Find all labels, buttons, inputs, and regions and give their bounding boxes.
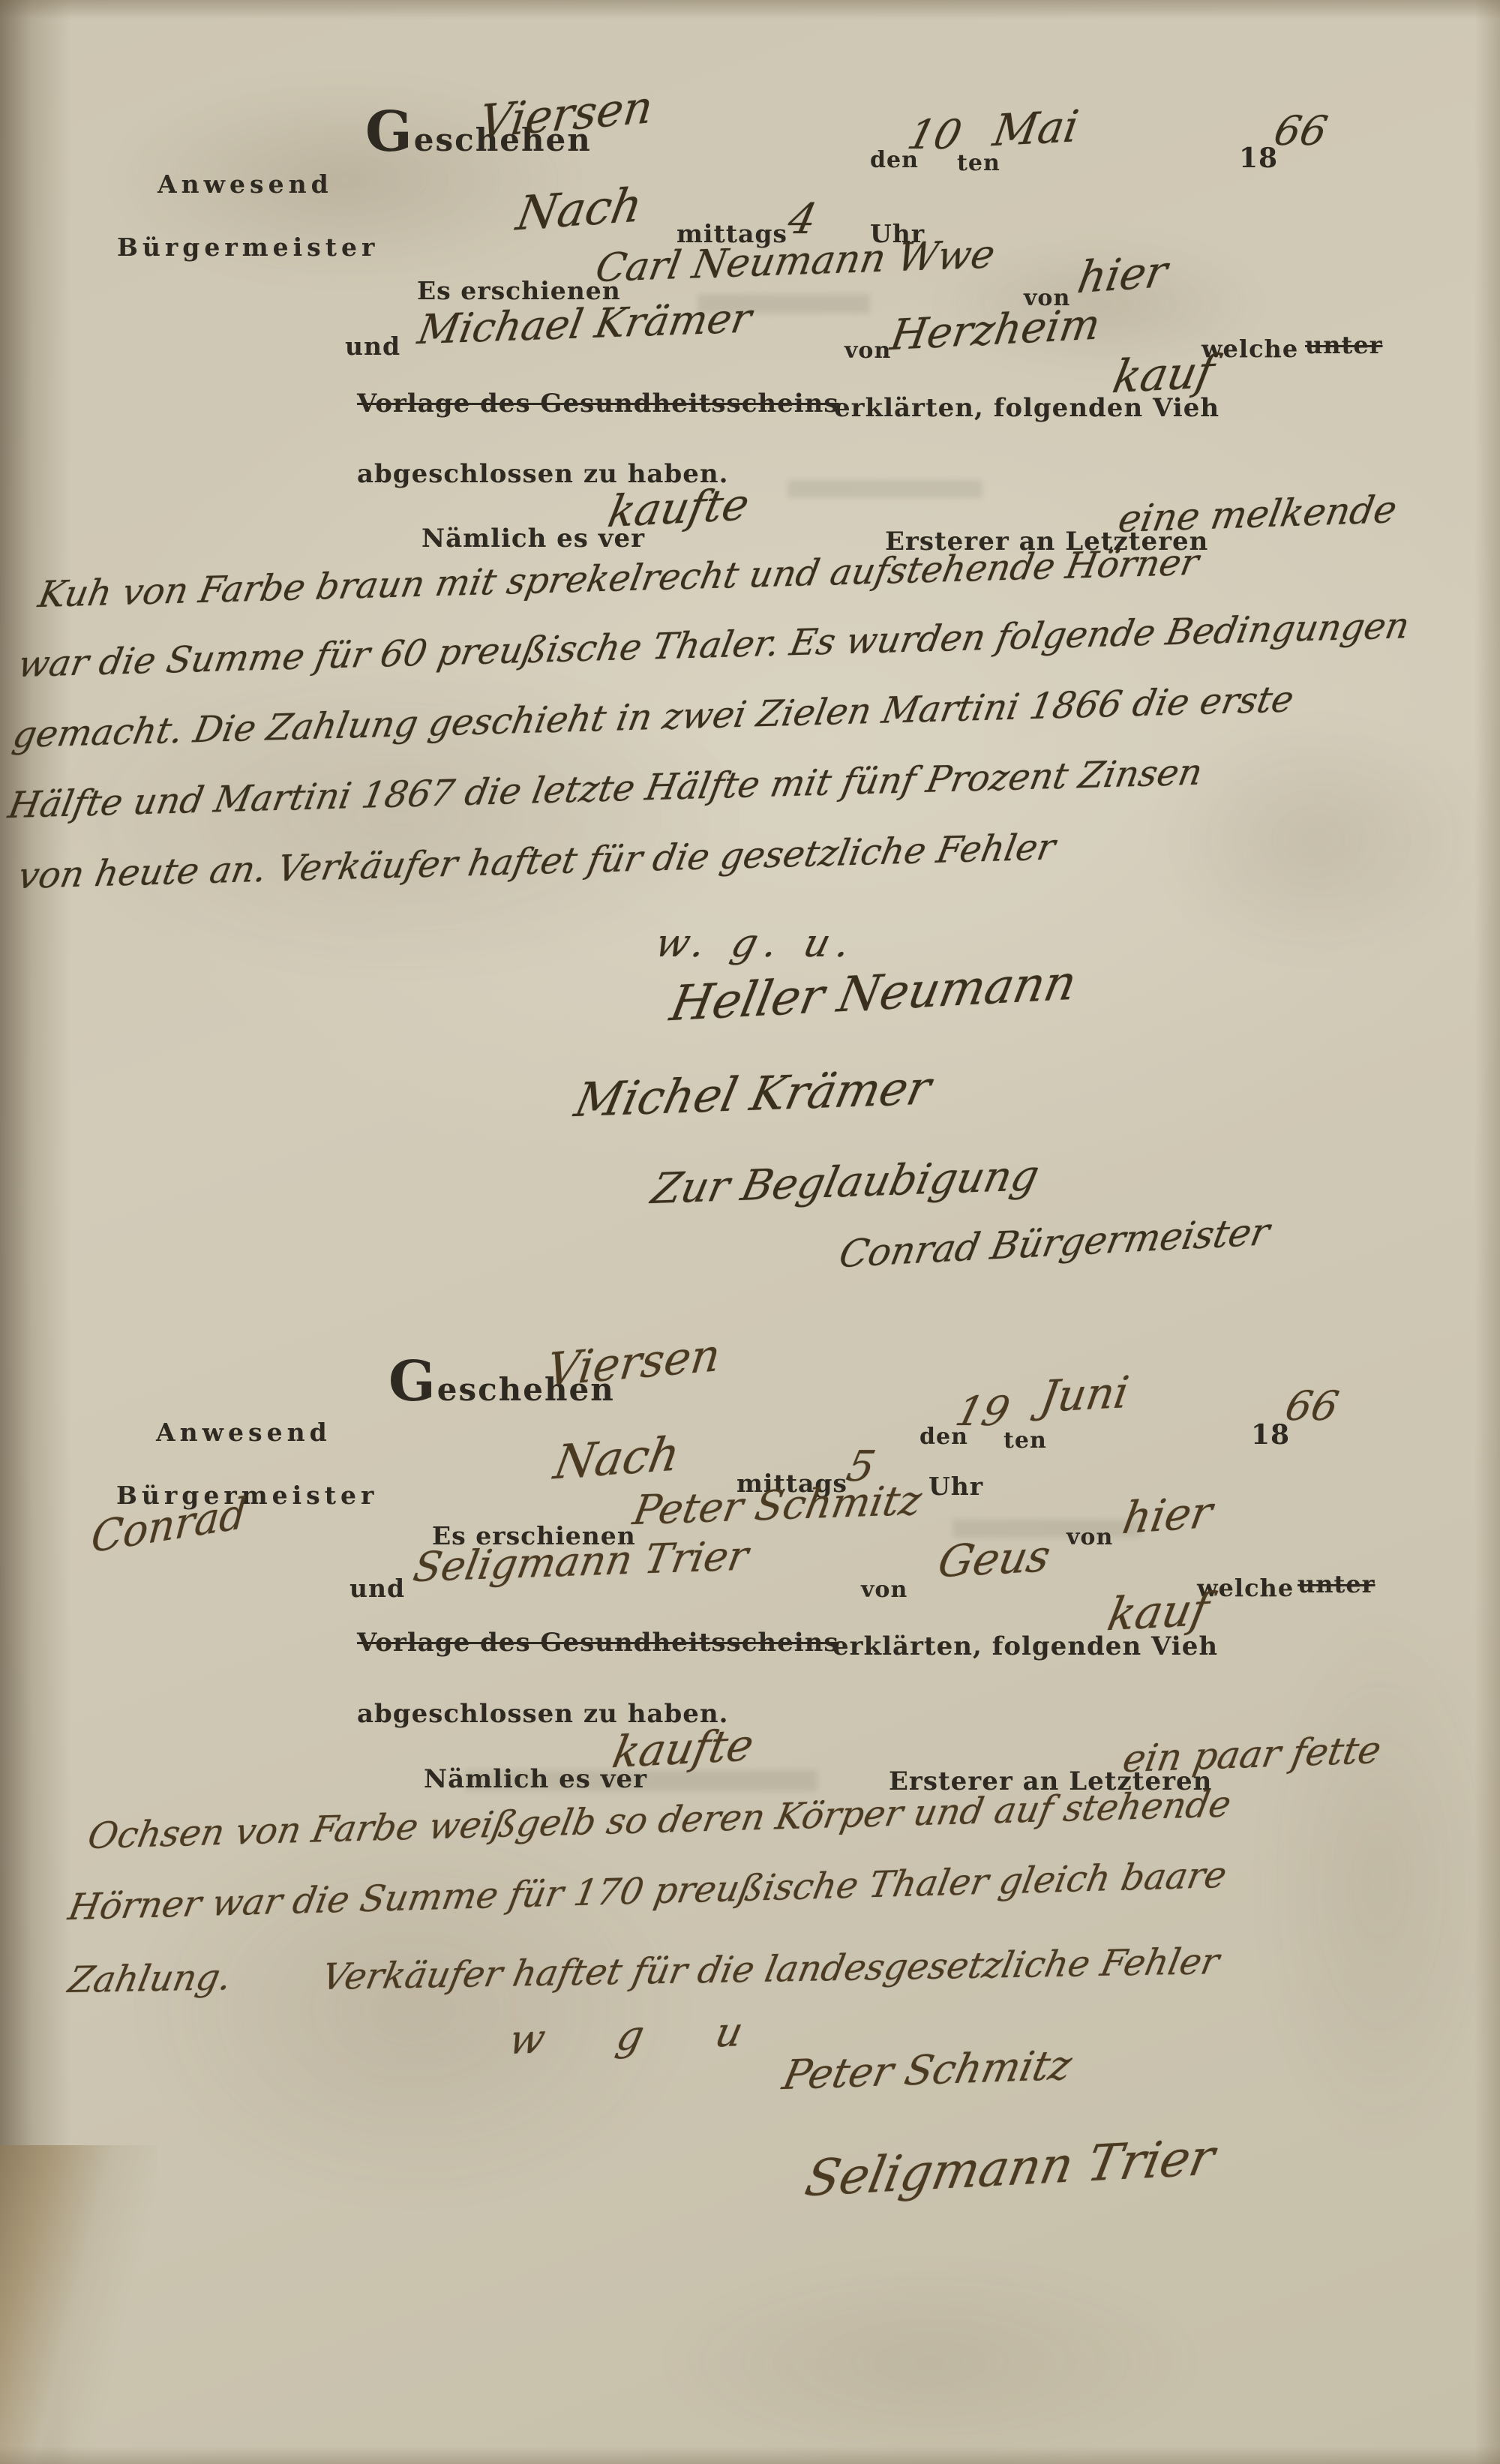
printed-und: und (345, 332, 400, 361)
handwritten-party2-origin: Geus (934, 1530, 1054, 1588)
handwritten-kauf: kauf (1103, 1583, 1213, 1642)
handwritten-hour: 4 (784, 195, 820, 244)
signature-party2: Michel Krämer (570, 1060, 936, 1127)
handwritten-nach: Nach (512, 177, 646, 242)
handwritten-wgu-abbreviation: w. g. u. (651, 921, 863, 966)
printed-vorlage-struck: Vorlage des Gesundheitsscheins (357, 389, 839, 419)
page-edge-right (1474, 0, 1500, 2464)
handwritten-beglaubigung: Zur Beglaubigung (647, 1151, 1043, 1214)
handwritten-kaufte: kaufte (608, 1719, 757, 1778)
page-corner-edge (0, 2145, 157, 2464)
handwritten-party1-origin: hier (1119, 1486, 1216, 1544)
handwritten-month: Juni (1037, 1367, 1132, 1423)
signature-party1: Peter Schmitz (778, 2041, 1075, 2099)
handwritten-party1-name: Carl Neumann Wwe (592, 232, 998, 291)
printed-von: von (861, 1577, 907, 1603)
handwritten-place: Viersen (477, 80, 655, 149)
handwritten-body-line: Ochsen von Farbe weißgelb so deren Körpe… (85, 1783, 1234, 1857)
handwritten-body-line: Hälfte und Martini 1867 die letzte Hälft… (5, 751, 1206, 827)
printed-vorlage-struck: Vorlage des Gesundheitsscheins (357, 1628, 839, 1658)
handwritten-party1-name: Peter Schmitz (629, 1476, 925, 1534)
signature-official: Conrad Bürgermeister (835, 1210, 1273, 1277)
handwritten-body-line: gemacht. Die Zahlung geschieht in zwei Z… (10, 678, 1297, 756)
signature-party2: Seligmann Trier (800, 2128, 1219, 2207)
printed-unter-struck: unter (1305, 331, 1383, 359)
paper-stain (660, 2265, 1200, 2460)
ink-bleedthrough (787, 480, 982, 498)
signature-party1: Heller Neumann (666, 955, 1081, 1032)
margin-label-anwesend: Anwesend (157, 170, 333, 199)
page-edge-bottom (0, 2446, 1500, 2464)
printed-von: von (1066, 1524, 1113, 1550)
scanned-register-page: Anwesend Bürgermeister Geschehen Viersen… (0, 0, 1500, 2464)
handwritten-body-line: von heute an. Verkäufer haftet für die g… (15, 826, 1059, 897)
handwritten-body-line: Hörner war die Summe für 170 preußische … (65, 1854, 1230, 1928)
handwritten-place: Viersen (544, 1328, 723, 1397)
handwritten-nach: Nach (550, 1426, 684, 1490)
handwritten-body-line: war die Summe für 60 preußische Thaler. … (15, 605, 1413, 686)
page-edge-top (0, 0, 1500, 20)
handwritten-year: 66 (1281, 1382, 1342, 1430)
handwritten-kaufte: kaufte (604, 479, 753, 538)
handwritten-sale-object: ein paar fette (1120, 1728, 1384, 1781)
handwritten-body-line: Zahlung. (65, 1956, 235, 2001)
printed-und: und (349, 1574, 405, 1603)
handwritten-party1-origin: hier (1074, 245, 1171, 303)
printed-ten: ten (1003, 1427, 1047, 1454)
handwritten-sale-object: eine melkende (1115, 488, 1400, 541)
handwritten-party2-origin: Herzheim (887, 300, 1103, 360)
printed-von: von (844, 338, 891, 364)
book-binding-shadow (0, 0, 71, 2464)
paper-stain (1260, 1613, 1500, 2153)
margin-label-buergermeister: Bürgermeister (117, 233, 379, 262)
handwritten-kauf: kauf (1108, 346, 1219, 404)
printed-unter-struck: unter (1297, 1570, 1375, 1598)
margin-label-anwesend: Anwesend (156, 1418, 331, 1447)
handwritten-year: 66 (1270, 107, 1331, 155)
printed-uhr: Uhr (928, 1472, 983, 1501)
handwritten-wgu-abbreviation: w g u (505, 2007, 777, 2064)
handwritten-month: Mai (990, 101, 1082, 157)
handwritten-body-line: Verkäufer haftet für die landesgesetzlic… (319, 1940, 1223, 1998)
